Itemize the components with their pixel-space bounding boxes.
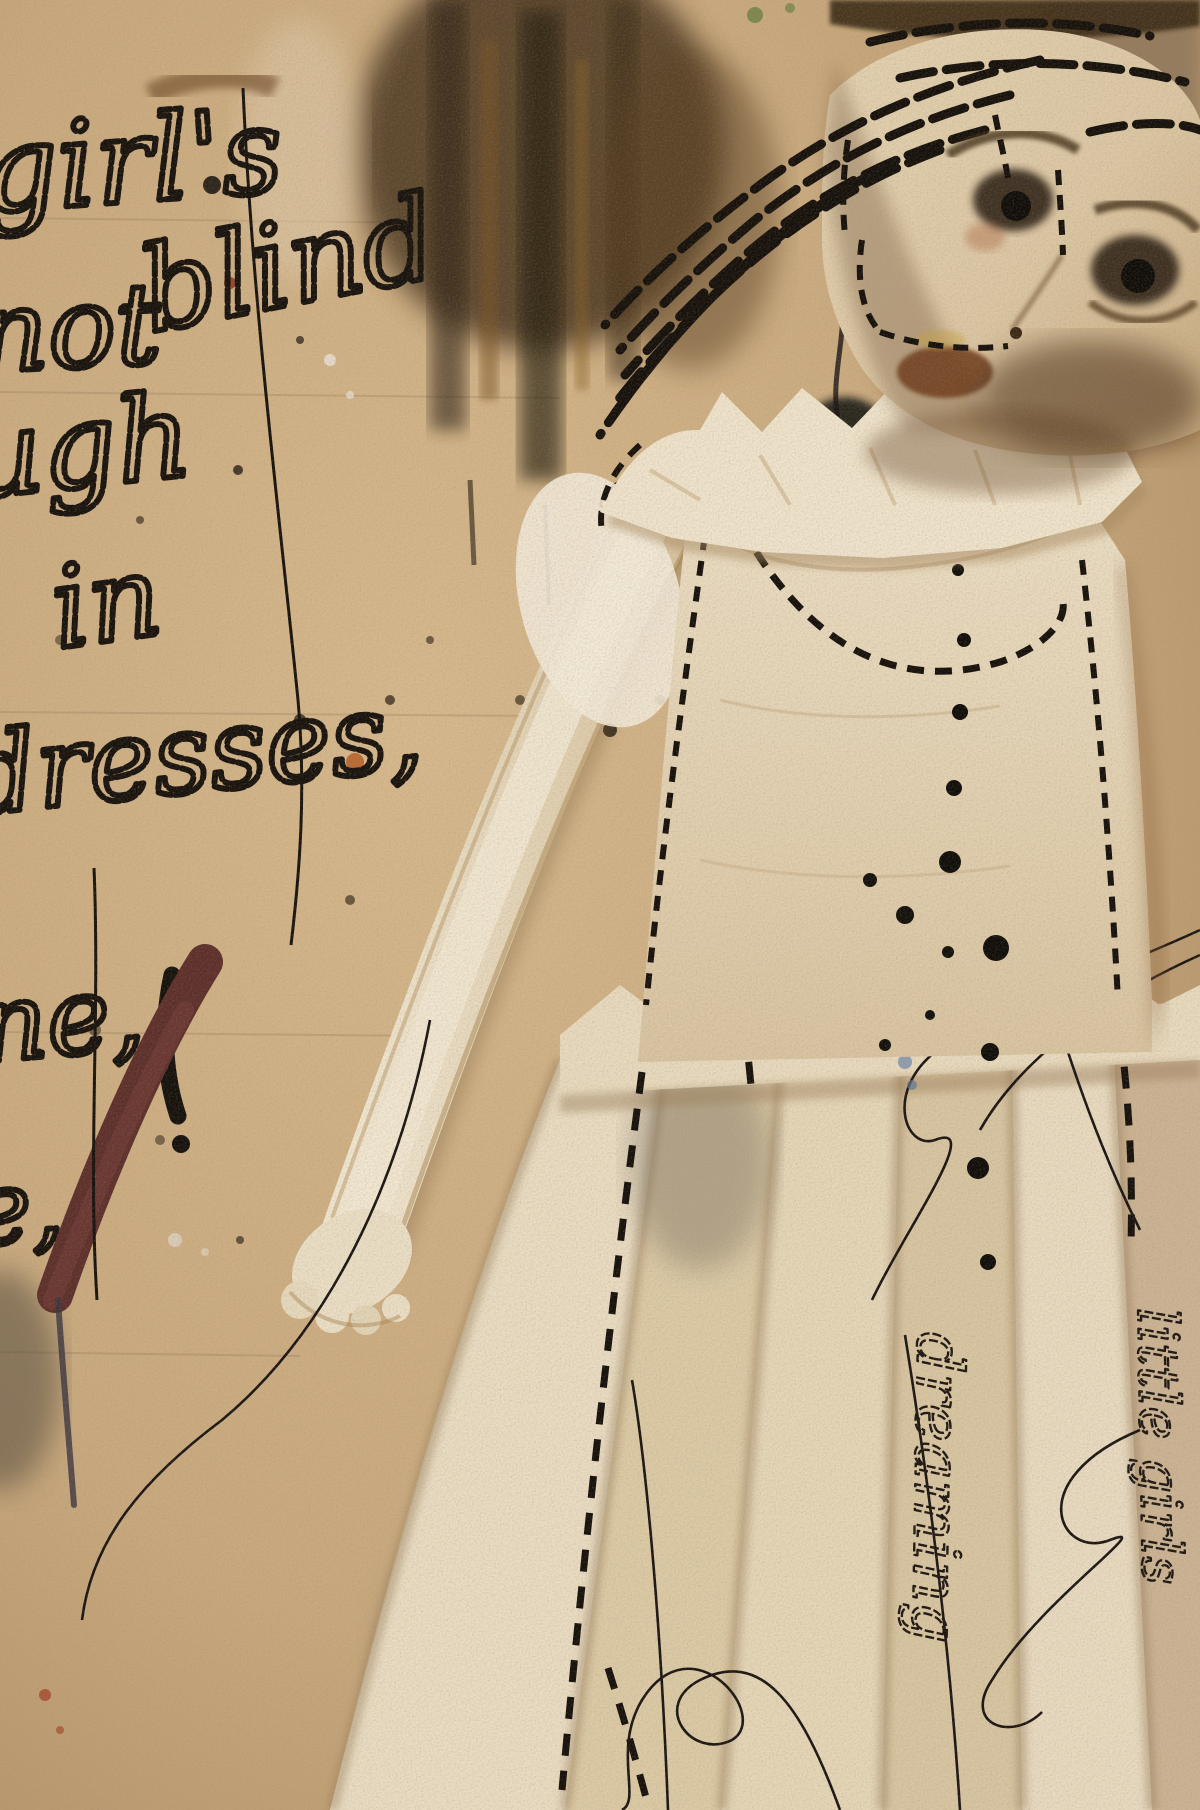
paper-grain-overlay [0, 0, 1200, 1810]
mixed-media-artwork: girl's not blind ugh in dresses, ne, e, [0, 0, 1200, 1810]
artwork-canvas: girl's not blind ugh in dresses, ne, e, [0, 0, 1200, 1810]
